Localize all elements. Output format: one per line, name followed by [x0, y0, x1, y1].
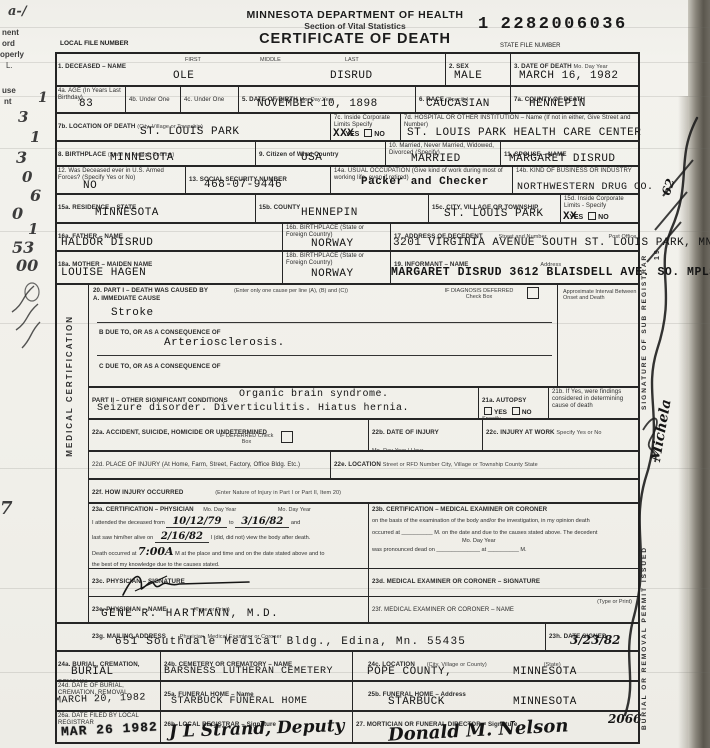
field-label: 22f. HOW INJURY OCCURRED — [92, 489, 183, 496]
field-hospital: 7d. HOSPITAL OR OTHER INSTITUTION – Name… — [400, 112, 640, 140]
margin-digit: 1 — [30, 128, 40, 146]
field-race: 6. RACE (Specify) CAUCASIAN — [415, 85, 510, 112]
medical-certification-strip: MEDICAL CERTIFICATION — [55, 283, 88, 650]
field-birthplace: 8. BIRTHPLACE (State or Foreign Country)… — [55, 140, 255, 165]
field-cause-of-death: 20. PART I – DEATH WAS CAUSED BYA. IMMED… — [88, 283, 640, 386]
margin-digit: 0 — [12, 204, 23, 223]
occupation-value: Packer and Checker — [361, 176, 489, 188]
field-mortician-signature: 27. MORTICIAN OR FUNERAL DIRECTOR – Sign… — [352, 710, 640, 744]
due-to-c-label: C DUE TO, OR AS A CONSEQUENCE OF — [99, 363, 221, 370]
field-armed-forces: 12. Was Deceased ever in U.S. Armed Forc… — [55, 165, 185, 193]
mailing-address-value: 651 Southdale Medical Bldg., Edina, Mn. … — [115, 636, 466, 648]
field-date-of-birth: 5. DATE OF BIRTH Mo. Day Year NOVEMBER 1… — [238, 85, 415, 112]
field-accident-suicide: 22a. ACCIDENT, SUICIDE, HOMICIDE OR UNDE… — [88, 418, 368, 450]
yes-label: YES — [345, 131, 359, 138]
funeral-home-city: STARBUCK — [388, 696, 445, 708]
mo-day-year: Mo. Day Year — [462, 537, 637, 545]
cemetery-location-state: MINNESOTA — [513, 666, 577, 678]
physician-name-value: GENE R. HARTMANN, M.D. — [101, 608, 279, 620]
margin-digit: 53 — [12, 238, 34, 257]
local-file-number-label: LOCAL FILE NUMBER — [60, 40, 129, 47]
mo-day-year: Mo. Day Year — [203, 507, 236, 513]
field-occupation: 14a. USUAL OCCUPATION (Give kind of work… — [330, 165, 512, 193]
mortician-code: 2066 — [608, 712, 641, 726]
field-label: 2. SEX — [449, 63, 469, 70]
cert-text: was pronounced dead on ______________ at… — [372, 546, 637, 554]
county-of-death-value: HENNEPIN — [529, 98, 586, 110]
col-first: FIRST — [185, 57, 201, 63]
race-value: CAUCASIAN — [426, 98, 490, 110]
field-sex: 2. SEX MALE — [445, 52, 510, 85]
residence-county-value: HENNEPIN — [301, 207, 358, 219]
margin-digit: 00 — [16, 256, 38, 275]
field-label: 12. Was Deceased ever in U.S. Armed Forc… — [58, 168, 180, 182]
field-physician-name: 23e. PHYSICIAN – NAME (Type or Print) GE… — [88, 596, 368, 622]
no-label: NO — [598, 214, 609, 221]
cert-text: on the basis of the examination of the b… — [372, 517, 637, 525]
field-other-significant-conditions: PART II – OTHER SIGNIFICANT CONDITIONS O… — [88, 386, 478, 418]
field-label: 4b. Under One Year — [129, 97, 170, 112]
field-marital-status: 10. Married, Never Married, Widowed, Div… — [385, 140, 500, 165]
cemetery-location-city: POPE COUNTY, — [367, 666, 452, 678]
field-spouse: 11. SPOUSE – NAME MARGARET DISRUD — [500, 140, 640, 165]
date-of-death-value: MARCH 16, 1982 — [519, 70, 618, 82]
field-autopsy: 21a. AUTOPSY Specify YES NO — [478, 386, 548, 418]
scanned-death-certificate: MINNESOTA DEPARTMENT OF HEALTH Section o… — [0, 0, 710, 748]
field-father-birthplace: 16b. BIRTHPLACE (State or Foreign Countr… — [282, 222, 390, 250]
field-inside-limits-death: 7c. Inside Corporate Limits Specify XXXY… — [330, 112, 400, 140]
field-industry: 14b. KIND OF BUSINESS OR INDUSTRY NORTHW… — [512, 165, 640, 193]
field-disposition: 24a. BURIAL, CREMATION, REMOVAL Specify … — [55, 650, 160, 680]
field-examiner-signature: 23d. MEDICAL EXAMINER OR CORONER – SIGNA… — [368, 568, 640, 596]
field-label: 23d. MEDICAL EXAMINER OR CORONER – SIGNA… — [372, 578, 540, 585]
residence-city-value: ST. LOUIS PARK — [444, 208, 543, 220]
field-label: 22e. LOCATION — [334, 461, 381, 468]
marital-value: MARRIED — [411, 153, 461, 165]
permit-year-label: 19 — [654, 200, 661, 260]
checkbox-icon — [281, 431, 293, 443]
medical-certification-label: MEDICAL CERTIFICATION — [65, 315, 74, 457]
field-burial-date: 24d. DATE OF BURIAL, CREMATION, REMOVAL … — [55, 680, 160, 710]
father-birthplace-value: NORWAY — [311, 238, 354, 250]
field-date-filed: 26a. DATE FILED BY LOCAL REGISTRAR MAR 2… — [55, 710, 160, 744]
field-sub: (Enter Nature of Injury in Part I or Par… — [215, 490, 341, 496]
field-certification-physician: 23a. CERTIFICATION – PHYSICIAN Mo. Day Y… — [88, 502, 368, 568]
field-label: 20. PART I – DEATH WAS CAUSED BY — [93, 287, 208, 294]
field-date-of-injury: 22b. DATE OF INJURY Mo. Day Year | Hour — [368, 418, 482, 450]
margin-scrap: L. — [6, 61, 13, 70]
field-cemetery: 24b. CEMETERY OR CREMATORY – NAME BARSNE… — [160, 650, 352, 680]
margin-scrap: a-/ — [8, 4, 27, 19]
immediate-cause-label: A. IMMEDIATE CAUSE — [93, 295, 160, 302]
field-place-of-injury: 22d. PLACE OF INJURY (At Home, Farm, Str… — [88, 450, 330, 478]
field-cemetery-location: 24c. LOCATION (City, Village or County) … — [352, 650, 640, 680]
scan-edge — [688, 0, 710, 748]
field-funeral-home: 25a. FUNERAL HOME – Name STARBUCK FUNERA… — [160, 680, 352, 710]
field-mailing-address: 23g. MAILING ADDRESS Physician, Medical … — [55, 622, 545, 650]
state-file-prefix: 1 — [478, 15, 488, 34]
field-label: 22b. DATE OF INJURY — [372, 429, 439, 436]
margin-digit: 0 — [22, 168, 32, 186]
mother-value: LOUISE HAGEN — [61, 267, 146, 279]
armed-forces-value: NO — [83, 180, 97, 192]
deceased-first-name: OLE — [173, 70, 194, 82]
mo-day-year: Mo. Day Year — [278, 507, 311, 513]
field-under-one-year: 4b. Under One Year Months Days — [125, 85, 180, 112]
field-sub: Street or RFD Number City, Village or To… — [383, 462, 538, 468]
field-label: 15b. COUNTY — [259, 204, 300, 211]
field-injury-location: 22e. LOCATION Street or RFD Number City,… — [330, 450, 640, 478]
cert-text: I attended the deceased from — [92, 520, 165, 526]
field-autopsy-findings: 21b. If Yes, were findings considered in… — [548, 386, 640, 418]
margin-digit: 1 — [28, 220, 38, 238]
field-injury-at-work: 22c. INJURY AT WORK Specify Yes or No — [482, 418, 640, 450]
margin-digit: 3 — [16, 148, 27, 167]
field-label: 15d. Inside Corporate Limits - Specify — [564, 196, 636, 210]
date-of-birth-value: NOVEMBER 10, 1898 — [257, 98, 378, 110]
field-residence-city: 15c. CITY, VILLAGE OR TOWNSHIP ST. LOUIS… — [428, 193, 560, 222]
field-label: 23c. PHYSICIAN – SIGNATURE — [92, 578, 185, 585]
industry-value: NORTHWESTERN DRUG CO. — [517, 182, 654, 193]
sex-value: MALE — [454, 70, 482, 82]
margin-digit: 1 — [38, 90, 48, 106]
mother-birthplace-value: NORWAY — [311, 268, 354, 280]
state-file-number-label: STATE FILE NUMBER — [500, 43, 560, 49]
due-to-b-label: B DUE TO, OR AS A CONSEQUENCE OF — [99, 329, 221, 336]
margin-digit: 3 — [18, 108, 28, 126]
cert-text: I (did, did not) view the body after dea… — [210, 535, 310, 541]
field-physician-signature: 23c. PHYSICIAN – SIGNATURE — [88, 568, 368, 596]
col-middle: MIDDLE — [260, 57, 281, 63]
field-citizen: 9. Citizen of What Country USA — [255, 140, 385, 165]
disposition-value: BURIAL — [71, 666, 114, 678]
field-residence-state: 15a. RESIDENCE – STATE MINNESOTA — [55, 193, 255, 222]
field-informant: 19. INFORMANT – NAME Address MARGARET DI… — [390, 250, 640, 283]
field-funeral-home-address: 25b. FUNERAL HOME – Address STARBUCK MIN… — [352, 680, 640, 710]
ssn-value: 468-07-9446 — [204, 179, 282, 191]
spouse-value: MARGARET DISRUD — [509, 153, 616, 165]
date-signed-value: 3/23/82 — [570, 633, 621, 647]
funeral-home-state: MINNESOTA — [513, 696, 577, 708]
mortician-signature-value: Donald M. Nelson — [388, 715, 569, 745]
checkbox-icon — [484, 407, 492, 415]
funeral-home-value: STARBUCK FUNERAL HOME — [171, 696, 308, 707]
checkbox-icon — [527, 287, 539, 299]
field-certification-examiner: 23b. CERTIFICATION – MEDICAL EXAMINER OR… — [368, 502, 640, 568]
field-label: 4c. Under One Day — [184, 97, 224, 112]
checkbox-icon — [588, 212, 596, 220]
burial-date-value: MARCH 20, 1982 — [55, 692, 146, 706]
margin-digit: 7 — [0, 498, 13, 519]
father-value: HALDOR DISRUD — [61, 237, 153, 249]
if-deferred-label: IF DEFERRED Check Box — [219, 433, 274, 445]
informant-value: MARGARET DISRUD 3612 BLAISDELL AVE. SO. … — [391, 266, 710, 279]
field-label: 23a. CERTIFICATION – PHYSICIAN — [92, 506, 194, 513]
burial-permit-vertical-label: BURIAL OR REMOVAL PERMIT ISSUED — [641, 430, 648, 730]
field-label: 23f. MEDICAL EXAMINER OR CORONER – NAME — [372, 607, 514, 613]
field-county-of-death: 7a. COUNTY OF DEATH HENNEPIN — [510, 85, 640, 112]
cert-text: the best of my knowledge due to the caus… — [92, 562, 220, 568]
field-under-one-day: 4c. Under One Day Hours Minutes — [180, 85, 238, 112]
margin-scrap: use — [2, 86, 16, 95]
margin-scrap: nent — [2, 28, 19, 37]
hospital-value: ST. LOUIS PARK HEALTH CARE CENTER — [407, 127, 641, 139]
field-sub: Specify Yes or No — [556, 430, 601, 436]
field-address-of-decedent: 17. ADDRESS OF DECEDENT Street and Numbe… — [390, 222, 640, 250]
registrar-signature-value: J L Strand, Deputy — [169, 716, 345, 742]
field-label: 1. DECEASED – NAME — [58, 63, 126, 70]
field-mother-birthplace: 18b. BIRTHPLACE (State or Foreign Countr… — [282, 250, 390, 283]
cert-text: last saw him/her alive on — [92, 535, 153, 541]
field-registrar-signature: 26b. LOCAL REGISTRAR – Signature J L Str… — [160, 710, 352, 744]
field-label: 21b. If Yes, were findings considered in… — [552, 389, 636, 411]
field-mother: 18a. MOTHER – MAIDEN NAME LOUISE HAGEN — [55, 250, 282, 283]
field-label: 3. DATE OF DEATH — [514, 63, 572, 70]
field-label: 23b. CERTIFICATION – MEDICAL EXAMINER OR… — [372, 506, 547, 513]
field-label: 18b. BIRTHPLACE (State or Foreign Countr… — [286, 253, 386, 267]
hw-time-of-death: 7:00A — [138, 545, 174, 558]
location-of-death-value: ST. LOUIS PARK — [140, 126, 239, 138]
hw-last-alive-date: 2/16/82 — [155, 531, 209, 543]
margin-scrap: ord — [2, 39, 15, 48]
col-last: LAST — [345, 57, 359, 63]
state-file-number: 2282006036 — [501, 15, 628, 34]
deceased-last-name: DISRUD — [330, 70, 373, 82]
no-label: NO — [522, 409, 532, 416]
field-inside-limits-residence: 15d. Inside Corporate Limits - Specify X… — [560, 193, 640, 222]
birthplace-value: MINNESOTA — [110, 152, 174, 164]
field-residence-county: 15b. COUNTY HENNEPIN — [255, 193, 428, 222]
address-value: 3201 VIRGINIA AVENUE SOUTH ST. LOUIS PAR… — [393, 237, 710, 249]
part2-line1: Organic brain syndrome. — [239, 389, 389, 400]
cause-note: (Enter only one cause per line (A), (B) … — [234, 288, 348, 294]
margin-scrap: operly — [0, 50, 24, 59]
field-label: 7b. LOCATION OF DEATH — [58, 123, 136, 130]
field-label: 21a. AUTOPSY — [482, 397, 527, 404]
field-date-of-death: 3. DATE OF DEATH Mo. Day Year MARCH 16, … — [510, 52, 640, 85]
field-label: 22c. INJURY AT WORK — [486, 429, 555, 436]
citizen-value: USA — [301, 152, 322, 164]
field-father: 16a. FATHER – NAME HALDOR DISRUD — [55, 222, 282, 250]
field-how-injury-occurred: 22f. HOW INJURY OCCURRED (Enter Nature o… — [88, 478, 640, 502]
residence-state-value: MINNESOTA — [95, 207, 159, 219]
field-label: 14b. KIND OF BUSINESS OR INDUSTRY — [516, 168, 636, 175]
cert-text: M at the place and time and on the date … — [175, 551, 324, 557]
cert-text: to — [229, 520, 234, 526]
field-deceased-name: 1. DECEASED – NAME FIRST MIDDLE LAST OLE… — [55, 52, 445, 85]
field-date-signed: 23h. DATE SIGNED Month Day Year 3/23/82 — [545, 622, 640, 650]
field-location-of-death: 7b. LOCATION OF DEATH (City, Village or … — [55, 112, 330, 140]
field-label: 22d. PLACE OF INJURY (At Home, Farm, Str… — [92, 462, 300, 468]
cert-text: Death occurred at — [92, 551, 136, 557]
hw-to-date: 3/16/82 — [235, 516, 289, 528]
immediate-cause-value: Stroke — [111, 307, 154, 319]
cert-text: occurred at __________ M. on the date an… — [372, 529, 637, 537]
interval-label: Approximate Interval Between Onset and D… — [563, 289, 637, 301]
cert-text: and — [291, 520, 300, 526]
yes-label: YES — [569, 214, 583, 221]
field-label: 8. BIRTHPLACE — [58, 151, 106, 158]
checkbox-icon — [364, 129, 372, 137]
cemetery-value: BARSNESS LUTHERAN CEMETERY — [164, 666, 333, 677]
part2-line2: Seizure disorder. Diverticulitis. Hiatus… — [97, 403, 409, 414]
age-value: 83 — [79, 98, 93, 110]
field-age: 4a. AGE (In Years Last Birthday) 83 — [55, 85, 125, 112]
field-examiner-name: 23f. MEDICAL EXAMINER OR CORONER – NAME … — [368, 596, 640, 622]
field-label: 9. Citizen of What Country — [259, 151, 339, 158]
checkbox-icon — [512, 407, 520, 415]
margin-scrap: nt — [4, 97, 12, 106]
no-label: NO — [374, 131, 385, 138]
due-to-b-value: Arteriosclerosis. — [164, 337, 285, 349]
yes-label: YES — [494, 409, 507, 416]
diagnosis-deferred-label: IF DIAGNOSIS DEFERRED Check Box — [444, 288, 514, 300]
margin-digit: 6 — [30, 186, 41, 205]
field-ssn: 13. SOCIAL SECURITY NUMBER 468-07-9446 — [185, 165, 330, 193]
state-file-number-stamp: 1 2282006036 — [478, 15, 628, 34]
hw-from-date: 10/12/79 — [166, 516, 227, 528]
field-sub: (Type or Print) — [597, 599, 632, 605]
